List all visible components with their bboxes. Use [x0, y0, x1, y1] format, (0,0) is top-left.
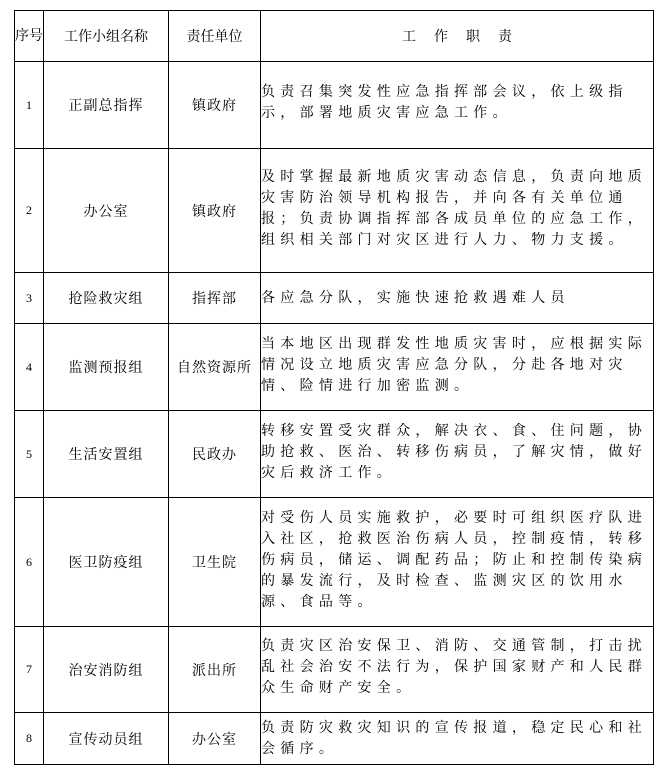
responsible-unit: 派出所 — [169, 627, 261, 713]
duty-description: 及时掌握最新地质灾害动态信息，负责向地质灾害防治领导机构报告，并向各有关单位通报… — [261, 167, 653, 251]
group-name: 医卫防疫组 — [44, 498, 169, 627]
responsible-unit: 自然资源所 — [169, 324, 261, 411]
header-serial-number: 序号 — [15, 11, 44, 62]
group-name: 治安消防组 — [44, 627, 169, 713]
duty-description: 对受伤人员实施救护，必要时可组织医疗队进入社区，抢救医治伤病人员，控制疫情，转移… — [261, 508, 653, 613]
duty-description: 负责防灾救灾知识的宣传报道，稳定民心和社会循序。 — [261, 718, 653, 760]
row-number: 8 — [15, 713, 44, 765]
table-row: 4 监测预报组 自然资源所 当本地区出现群发性地质灾害时，应根据实际情况设立地质… — [15, 324, 654, 411]
responsible-unit: 镇政府 — [169, 62, 261, 149]
duty-cell: 当本地区出现群发性地质灾害时，应根据实际情况设立地质灾害应急分队，分赴各地对灾情… — [261, 324, 654, 411]
duty-cell: 对受伤人员实施救护，必要时可组织医疗队进入社区，抢救医治伤病人员，控制疫情，转移… — [261, 498, 654, 627]
group-name: 正副总指挥 — [44, 62, 169, 149]
group-name: 抢险救灾组 — [44, 273, 169, 324]
responsible-unit: 卫生院 — [169, 498, 261, 627]
duty-cell: 负责召集突发性应急指挥部会议，依上级指示，部署地质灾害应急工作。 — [261, 62, 654, 149]
duty-description: 各应急分队，实施快速抢救遇难人员 — [261, 288, 653, 309]
row-number: 5 — [15, 411, 44, 498]
table-row: 8 宣传动员组 办公室 负责防灾救灾知识的宣传报道，稳定民心和社会循序。 — [15, 713, 654, 765]
header-group-name: 工作小组名称 — [44, 11, 169, 62]
duty-cell: 转移安置受灾群众，解决衣、食、住问题，协助抢救、医治、转移伤病员，了解灾情，做好… — [261, 411, 654, 498]
table-row: 5 生活安置组 民政办 转移安置受灾群众，解决衣、食、住问题，协助抢救、医治、转… — [15, 411, 654, 498]
row-number: 4 — [15, 324, 44, 411]
row-number: 1 — [15, 62, 44, 149]
header-duties: 工作职责 — [261, 11, 654, 62]
table-row: 7 治安消防组 派出所 负责灾区治安保卫、消防、交通管制，打击扰乱社会治安不法行… — [15, 627, 654, 713]
duty-description: 转移安置受灾群众，解决衣、食、住问题，协助抢救、医治、转移伤病员，了解灾情，做好… — [261, 421, 653, 484]
table-row: 3 抢险救灾组 指挥部 各应急分队，实施快速抢救遇难人员 — [15, 273, 654, 324]
group-name: 生活安置组 — [44, 411, 169, 498]
duty-assignment-table: 序号 工作小组名称 责任单位 工作职责 1 正副总指挥 镇政府 负责召集突发性应… — [14, 10, 654, 765]
row-number: 3 — [15, 273, 44, 324]
table-row: 6 医卫防疫组 卫生院 对受伤人员实施救护，必要时可组织医疗队进入社区，抢救医治… — [15, 498, 654, 627]
row-number: 6 — [15, 498, 44, 627]
responsible-unit: 镇政府 — [169, 149, 261, 273]
responsible-unit: 办公室 — [169, 713, 261, 765]
row-number: 2 — [15, 149, 44, 273]
duty-cell: 各应急分队，实施快速抢救遇难人员 — [261, 273, 654, 324]
row-number: 7 — [15, 627, 44, 713]
table-row: 1 正副总指挥 镇政府 负责召集突发性应急指挥部会议，依上级指示，部署地质灾害应… — [15, 62, 654, 149]
table-row: 2 办公室 镇政府 及时掌握最新地质灾害动态信息，负责向地质灾害防治领导机构报告… — [15, 149, 654, 273]
responsible-unit: 指挥部 — [169, 273, 261, 324]
duty-description: 当本地区出现群发性地质灾害时，应根据实际情况设立地质灾害应急分队，分赴各地对灾情… — [261, 334, 653, 397]
duty-description: 负责召集突发性应急指挥部会议，依上级指示，部署地质灾害应急工作。 — [261, 82, 653, 124]
header-responsible-unit: 责任单位 — [169, 11, 261, 62]
duty-description: 负责灾区治安保卫、消防、交通管制，打击扰乱社会治安不法行为，保护国家财产和人民群… — [261, 636, 653, 699]
group-name: 监测预报组 — [44, 324, 169, 411]
group-name: 宣传动员组 — [44, 713, 169, 765]
group-name: 办公室 — [44, 149, 169, 273]
duty-cell: 负责灾区治安保卫、消防、交通管制，打击扰乱社会治安不法行为，保护国家财产和人民群… — [261, 627, 654, 713]
duty-cell: 负责防灾救灾知识的宣传报道，稳定民心和社会循序。 — [261, 713, 654, 765]
responsible-unit: 民政办 — [169, 411, 261, 498]
duty-cell: 及时掌握最新地质灾害动态信息，负责向地质灾害防治领导机构报告，并向各有关单位通报… — [261, 149, 654, 273]
table-header-row: 序号 工作小组名称 责任单位 工作职责 — [15, 11, 654, 62]
